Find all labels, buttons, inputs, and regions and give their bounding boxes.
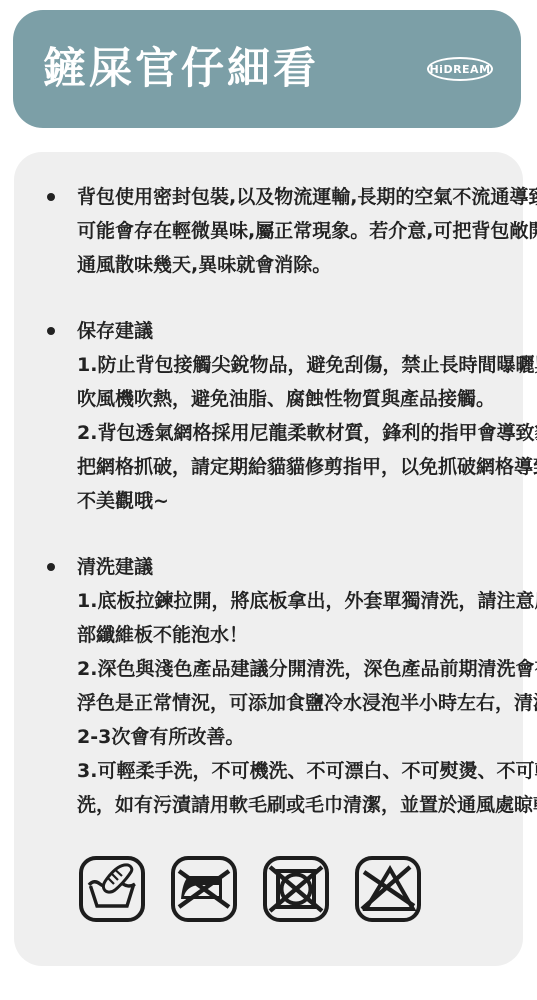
- note-text: 清洗建議 1.底板拉鍊拉開，將底板拿出，外套單獨清洗，請注意底 部纖維板不能泡水…: [77, 550, 537, 822]
- do-not-bleach-icon: [353, 854, 423, 924]
- note-text: 背包使用密封包裝,以及物流運輸,長期的空氣不流通導致 可能會存在輕微異味,屬正常…: [77, 180, 537, 282]
- note-washing-advice: 清洗建議 1.底板拉鍊拉開，將底板拿出，外套單獨清洗，請注意底 部纖維板不能泡水…: [47, 550, 503, 822]
- brand-logo: HiDREAM: [427, 57, 493, 81]
- hand-wash-icon: [77, 854, 147, 924]
- care-symbols-row: [77, 854, 503, 924]
- header-banner: 鏟屎官仔細看 HiDREAM: [13, 10, 521, 128]
- care-notes-card: 背包使用密封包裝,以及物流運輸,長期的空氣不流通導致 可能會存在輕微異味,屬正常…: [14, 152, 523, 966]
- do-not-iron-icon: [169, 854, 239, 924]
- note-packaging-odor: 背包使用密封包裝,以及物流運輸,長期的空氣不流通導致 可能會存在輕微異味,屬正常…: [47, 180, 503, 282]
- bullet-dot: [47, 563, 55, 571]
- bullet-dot: [47, 193, 55, 201]
- brand-logo-text: HiDREAM: [429, 63, 490, 76]
- note-text: 保存建議 1.防止背包接觸尖銳物品，避免刮傷，禁止長時間曝曬與 吹風機吹熱，避免…: [77, 314, 537, 518]
- note-storage-advice: 保存建議 1.防止背包接觸尖銳物品，避免刮傷，禁止長時間曝曬與 吹風機吹熱，避免…: [47, 314, 503, 518]
- product-care-page: 鏟屎官仔細看 HiDREAM 背包使用密封包裝,以及物流運輸,長期的空氣不流通導…: [0, 0, 537, 1000]
- do-not-tumble-dry-icon: [261, 854, 331, 924]
- bullet-dot: [47, 327, 55, 335]
- page-title: 鏟屎官仔細看: [43, 48, 319, 91]
